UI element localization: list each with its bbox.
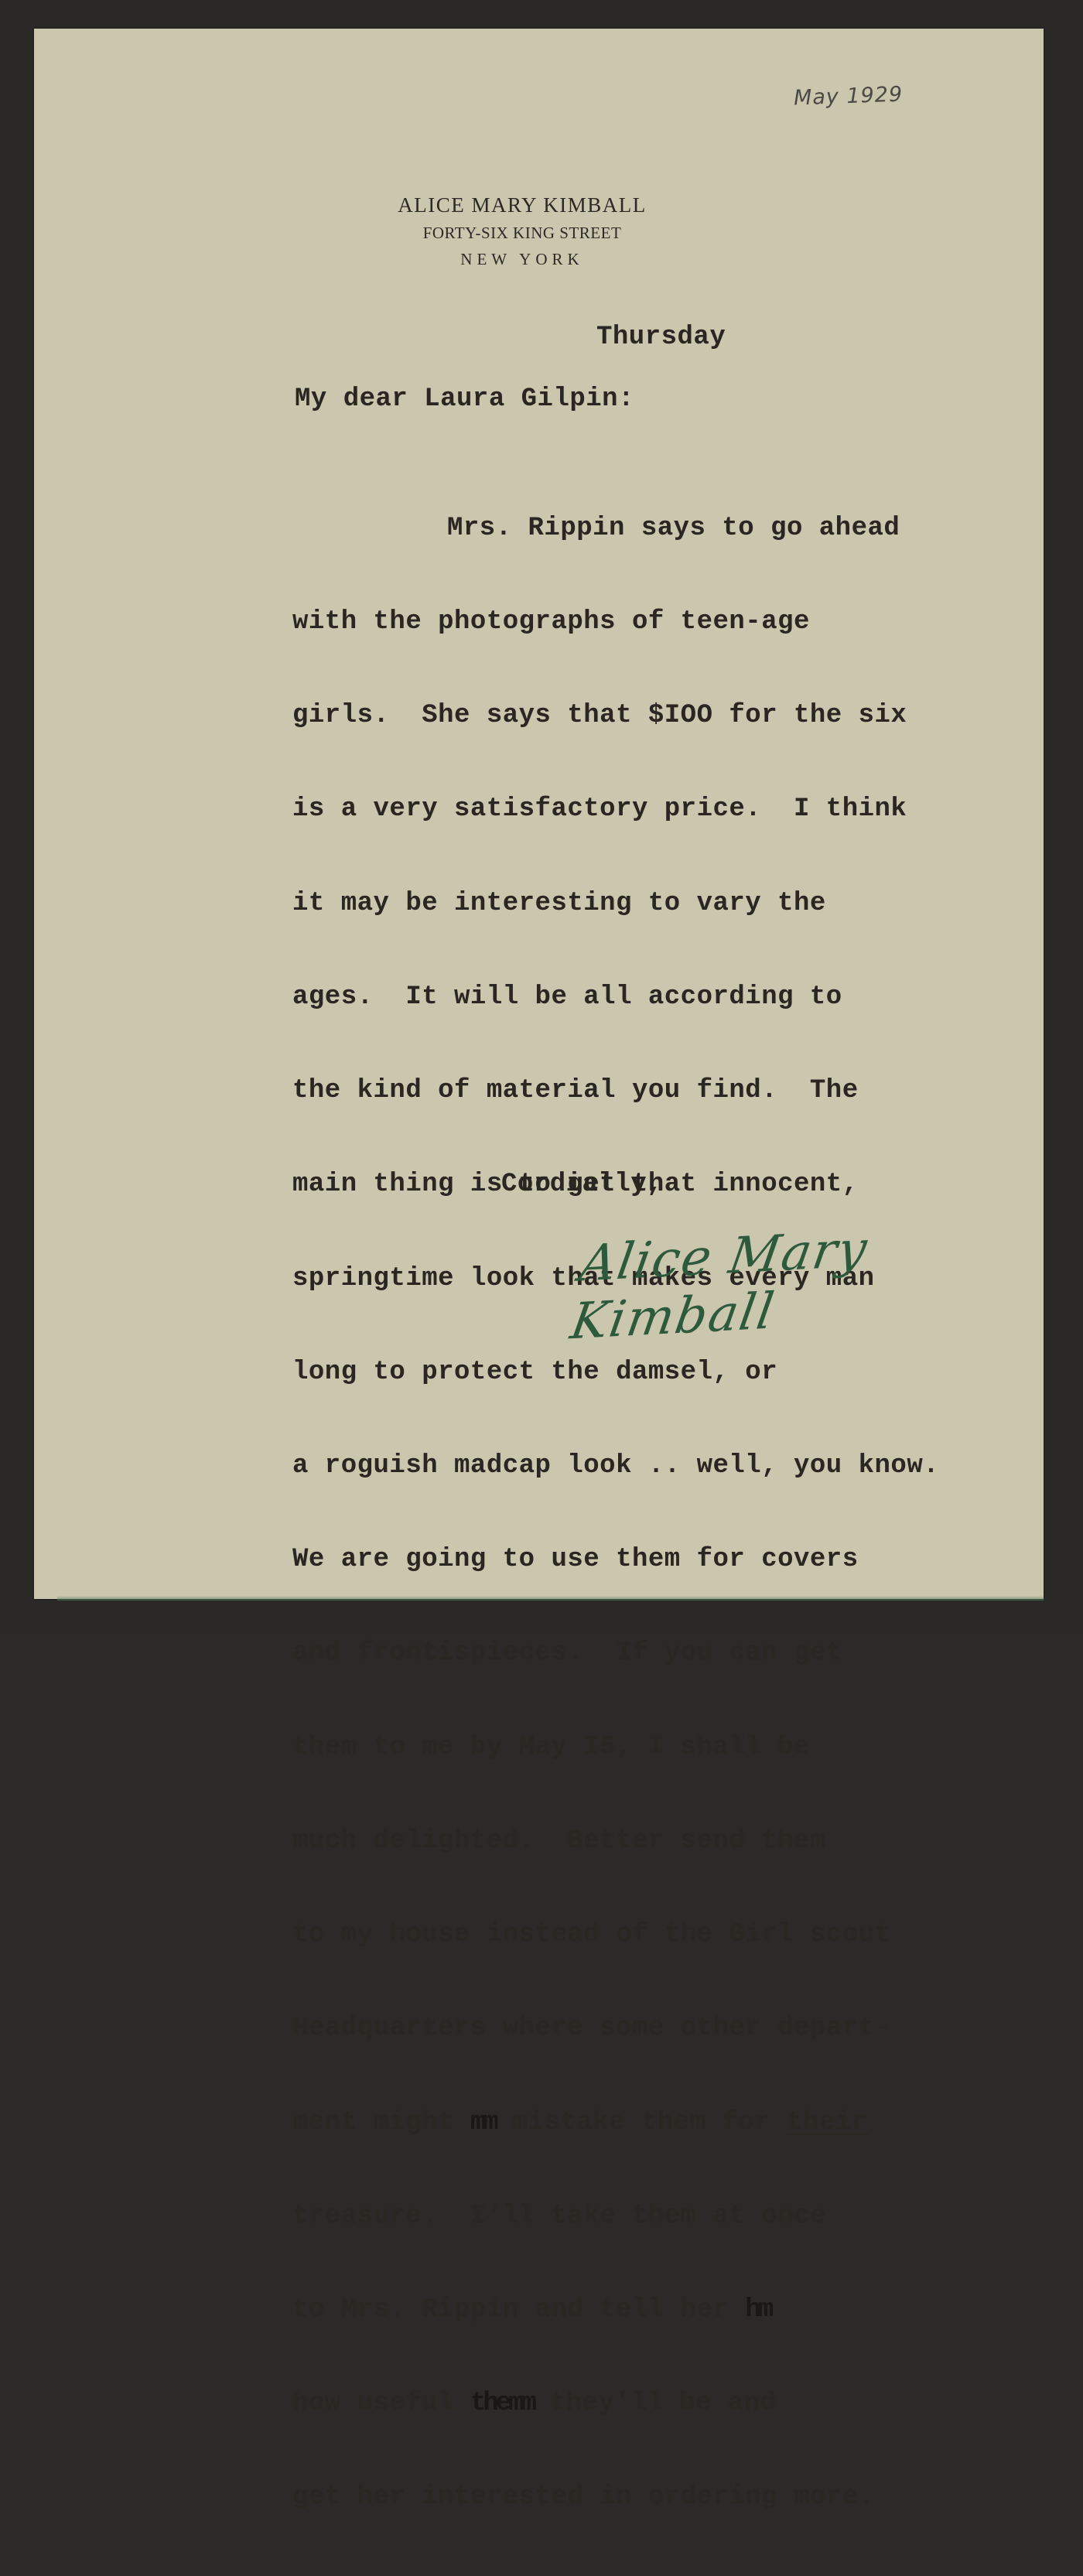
salutation: My dear Laura Gilpin: (295, 384, 634, 414)
letterhead-name: ALICE MARY KIMBALL (34, 191, 1010, 219)
body-line: long to protect the damsel, or (292, 1357, 939, 1388)
letter-body: Mrs. Rippin says to go ahead with the ph… (292, 450, 939, 1632)
letterhead-street: FORTY-SIX KING STREET (34, 219, 1010, 247)
body-line: it may be interesting to vary the (292, 888, 939, 919)
body-line: ages. It will be all according to (292, 982, 939, 1013)
letter-day: Thursday (596, 323, 726, 352)
body-line: the kind of material you find. The (292, 1075, 939, 1106)
letter-page: May 1929 ALICE MARY KIMBALL FORTY-SIX KI… (34, 29, 1044, 1599)
letterhead: ALICE MARY KIMBALL FORTY-SIX KING STREET… (34, 191, 1010, 272)
body-line: Mrs. Rippin says to go ahead (292, 513, 939, 544)
handwritten-date-note: May 1929 (794, 83, 904, 111)
letterhead-city: NEW YORK (34, 247, 1010, 272)
body-line: We are going to use them for covers (292, 1544, 939, 1575)
body-line: with the photographs of teen-age (292, 606, 939, 637)
closing: Cordially, (501, 1170, 663, 1199)
body-line: girls. She says that $IOO for the six (292, 700, 939, 731)
handwritten-signature: Alice Mary Kimball (567, 1211, 1053, 1351)
body-line: a roguish madcap look .. well, you know. (292, 1450, 939, 1481)
body-line: is a very satisfactory price. I think (292, 794, 939, 825)
